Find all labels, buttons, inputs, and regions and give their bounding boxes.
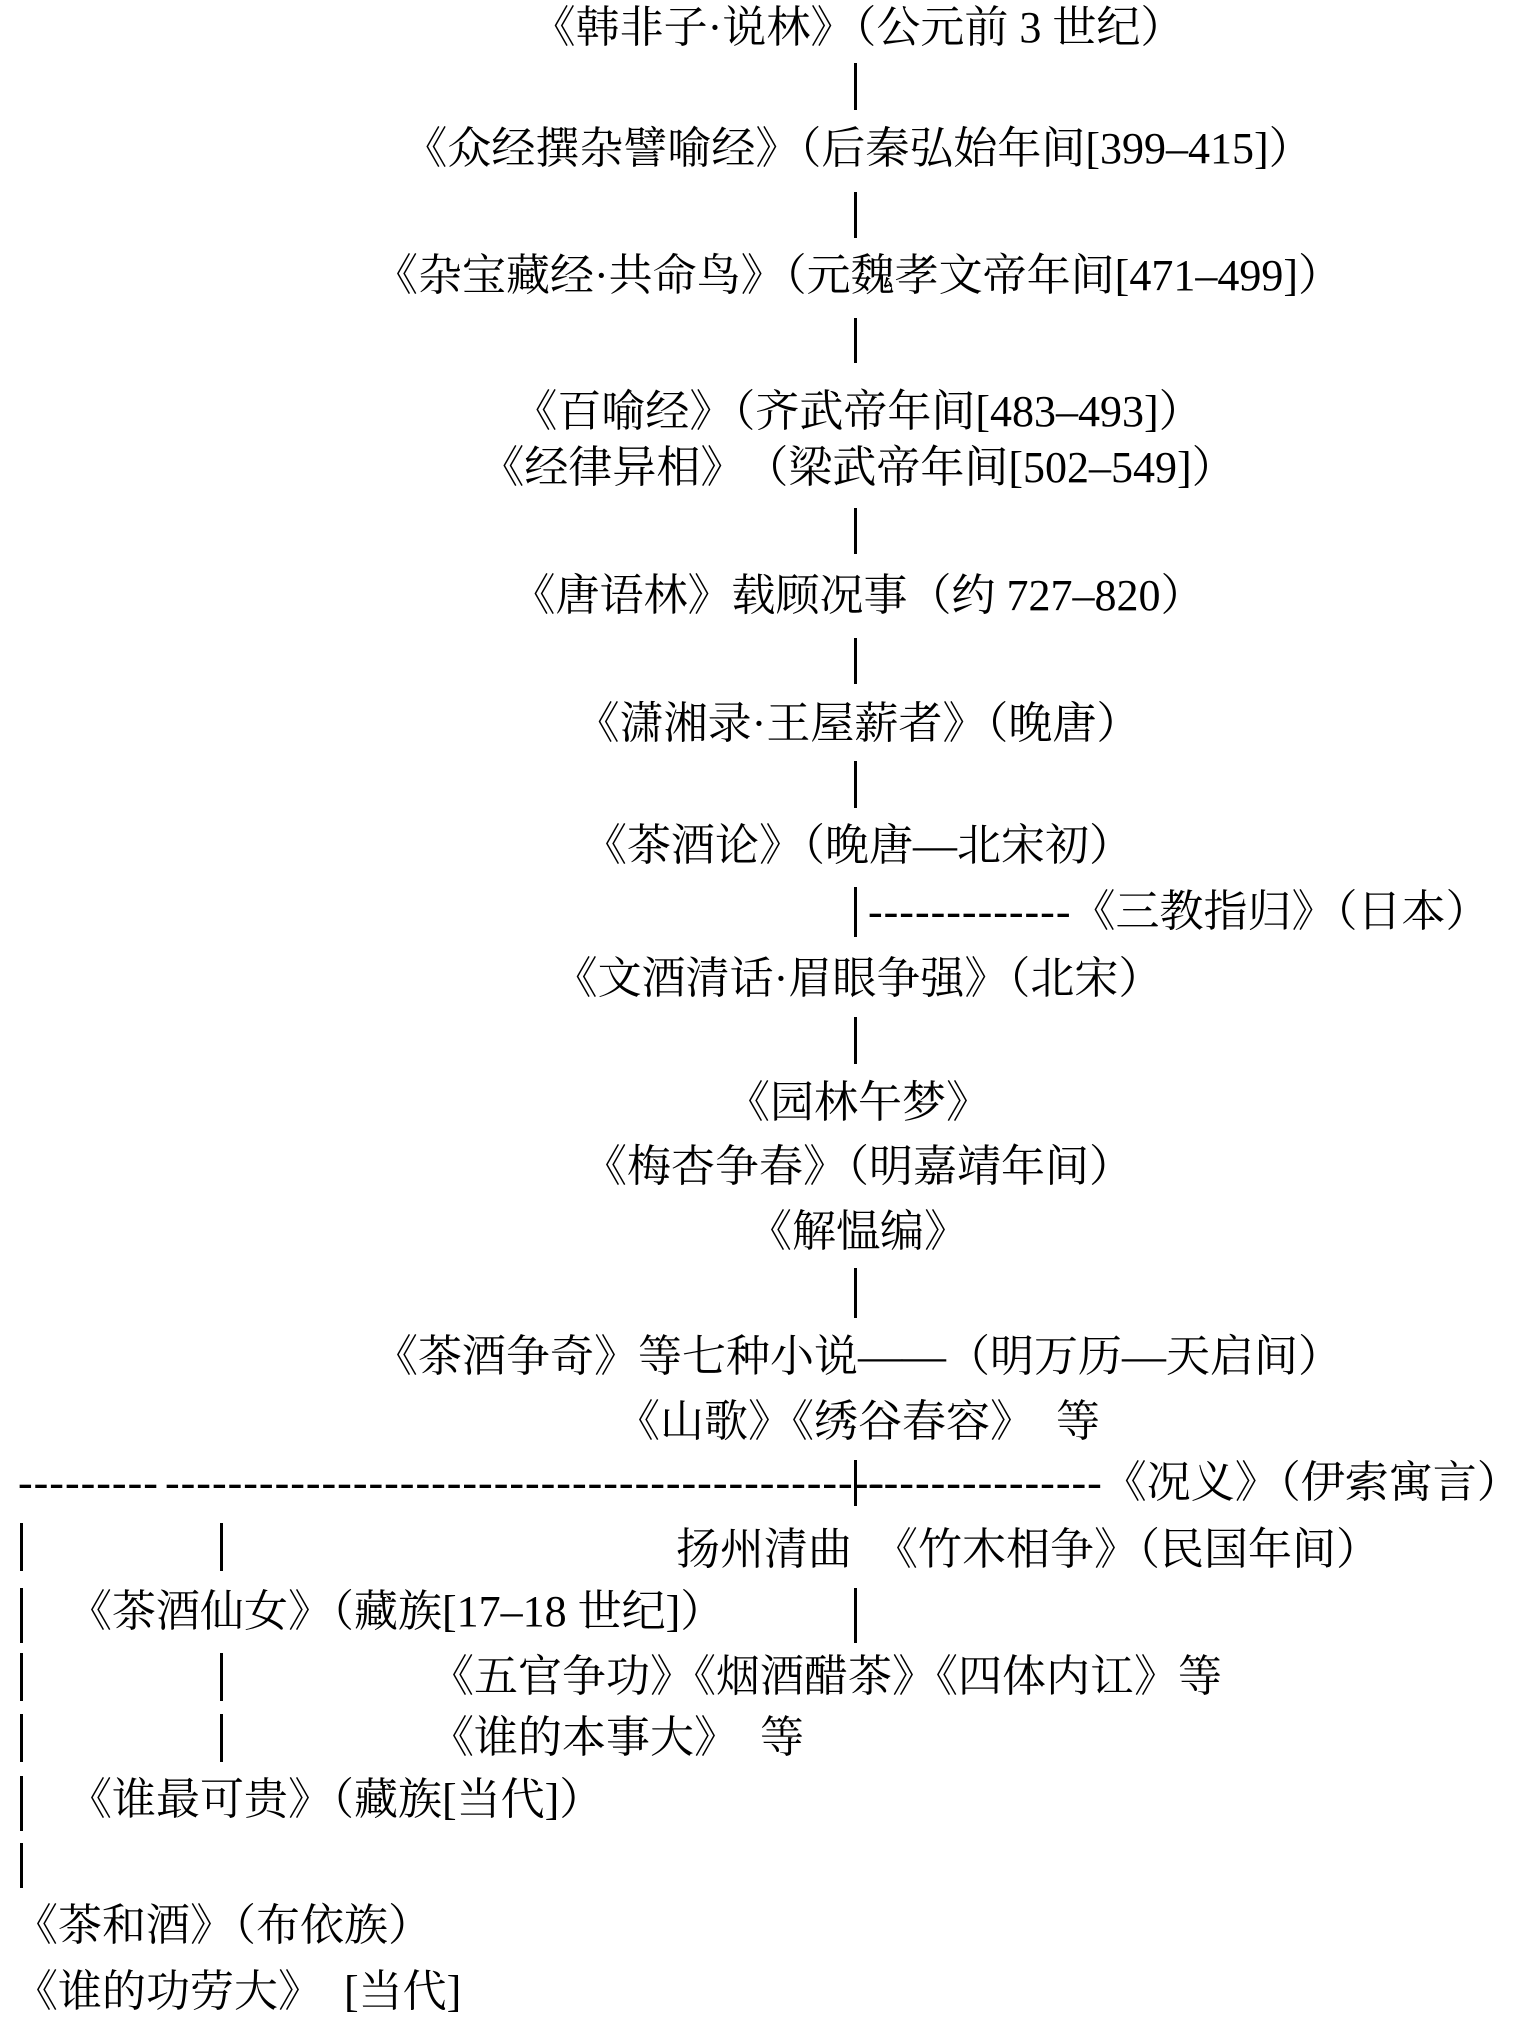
node-baiyujing: 《百喻经》（齐武帝年间[483–493]） [180,386,1536,438]
node-yangzhouqingqu: 扬州清曲 《竹木相争》（民国年间） [676,1524,1380,1576]
connector-line [220,1523,223,1571]
connector-line [854,761,857,808]
connector-line [854,63,857,110]
connector-line [20,1588,23,1643]
connector-line [20,1776,23,1831]
node-shuidebenshida: 《谁的本事大》 等 [430,1712,804,1764]
connector-line [854,638,857,684]
node-meixingzhengchun: 《梅杏争春》（明嘉靖年间） [180,1141,1536,1193]
node-shange: 《山歌》《绣谷春容》 等 [180,1396,1536,1448]
node-tangyulin: 《唐语林》载顾况事（约 727–820） [180,570,1536,622]
connector-line [854,192,857,238]
node-chahejiu: 《茶和酒》（布依族） [14,1900,432,1952]
connector-line [854,1017,857,1064]
node-shuizuikegui: 《谁最可贵》（藏族[当代]） [68,1774,603,1826]
dashed-connector-right: --------------- [868,1458,1103,1507]
node-kuangyi: 《况义》（伊索寓言） [1103,1458,1521,1507]
branch-sanjiaozhigui: -------------《三教指归》（日本） [868,886,1489,938]
node-chajiuzhengqi: 《茶酒争奇》等七种小说——（明万历—天启间） [180,1331,1536,1383]
node-chajiuxiannv: 《茶酒仙女》（藏族[17–18 世纪]） [68,1586,724,1638]
node-hanfeizi: 《韩非子·说林》（公元前 3 世纪） [180,2,1536,54]
node-zhongjing: 《众经撰杂譬喻经》（后秦弘始年间[399–415]） [180,123,1536,175]
connector-line [220,1653,223,1701]
connector-line [20,1843,23,1888]
connector-line [20,1714,23,1762]
connector-line [854,508,857,554]
node-jinglvyixiang: 《经律异相》 （梁武帝年间[502–549]） [180,442,1536,494]
node-zabaozang: 《杂宝藏经·共命鸟》（元魏孝文帝年间[471–499]） [180,250,1536,302]
node-sanjiaozhigui: 《三教指归》（日本） [1071,887,1489,936]
node-wuguanzhenggong: 《五官争功》《烟酒醋茶》《四体内讧》等 [430,1651,1222,1703]
node-xiaoxianglu: 《潇湘录·王屋薪者》（晚唐） [180,698,1536,750]
connector-line [20,1523,23,1571]
connector-line [854,1460,857,1506]
dashed-connector-left-a: --------- [18,1457,159,1509]
node-jieyunbian: 《解愠编》 [180,1206,1536,1258]
node-shuidegonglaoda: 《谁的功劳大》 [当代] [14,1966,461,2018]
node-chajiulun: 《茶酒论》（晚唐—北宋初） [180,820,1536,872]
connector-line [220,1714,223,1762]
connector-line [854,887,857,937]
branch-kuangyi: ---------------《况义》（伊索寓言） [868,1457,1521,1509]
node-yuanlinwumeng: 《园林午梦》 [180,1077,1536,1129]
dashed-connector-left-b: ----------------------------------------… [165,1457,885,1509]
connector-line [854,1268,857,1318]
connector-line [854,1588,857,1643]
node-wenjiuqinghua: 《文酒清话·眉眼争强》（北宋） [180,953,1536,1005]
connector-line [20,1653,23,1701]
dashed-connector: ------------- [868,887,1071,936]
stemma-diagram: 《韩非子·说林》（公元前 3 世纪） 《众经撰杂譬喻经》（后秦弘始年间[399–… [0,0,1536,2022]
connector-line [854,318,857,363]
